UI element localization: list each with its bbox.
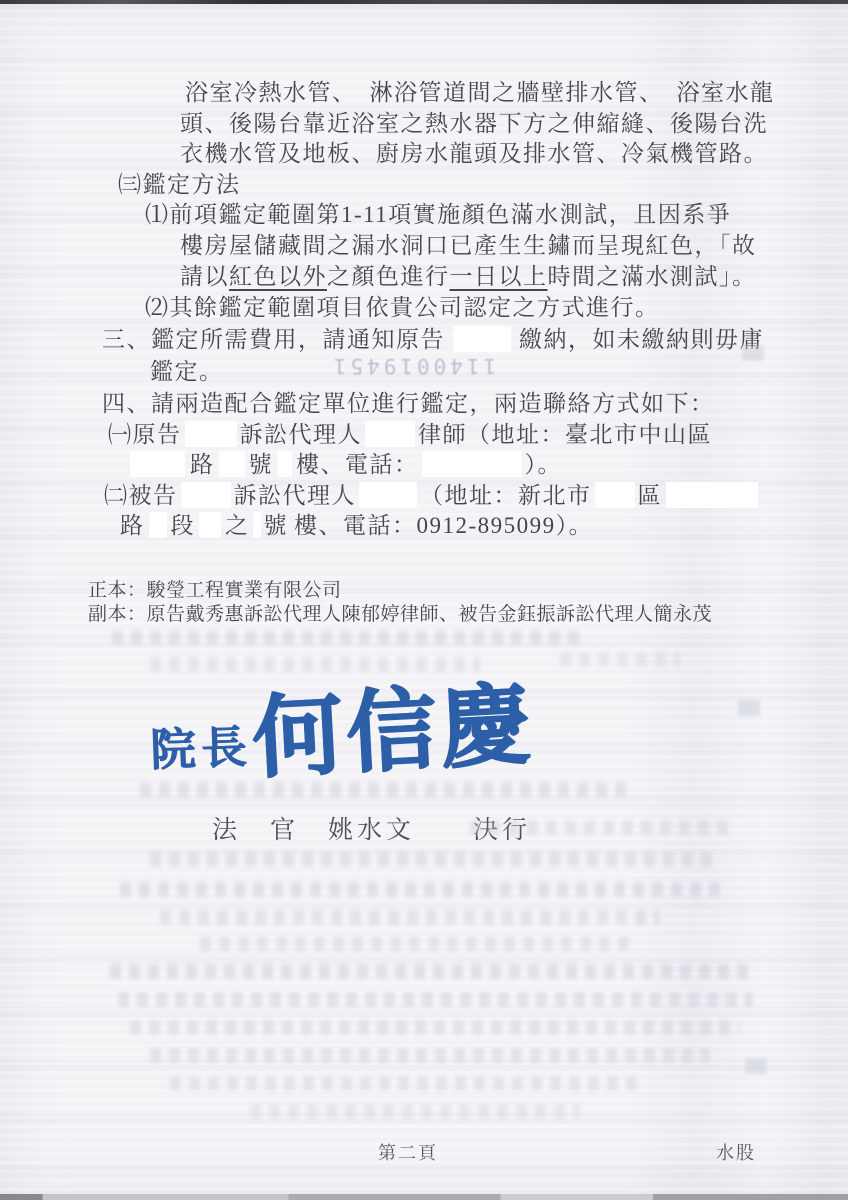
redaction-box — [277, 451, 292, 477]
top-scan-edge — [0, 0, 848, 4]
underlined-text: 一日以上 — [450, 264, 548, 289]
bleedthrough-row — [160, 910, 660, 925]
redaction-box — [185, 421, 237, 447]
distribution-original: 正本：駿瑩工程實業有限公司 — [88, 579, 342, 603]
bleedthrough-row — [118, 992, 753, 1007]
redaction-box — [219, 451, 245, 477]
signature-name: 何信慶 — [249, 671, 536, 796]
redaction-box — [149, 512, 167, 538]
body-line: 樓房屋儲藏間之漏水洞口已產生生鏽而呈現紅色，「故 — [180, 231, 757, 261]
bleedthrough-mark — [745, 1058, 767, 1074]
signature-title: 院長 — [149, 710, 253, 779]
bleedthrough-row — [120, 882, 720, 897]
body-line-section-3: ㈢鑑定方法 — [118, 170, 241, 200]
body-line-plaintiff: ㈠原告訴訟代理人律師（地址：臺北市中山區 — [108, 420, 712, 450]
redaction-box — [130, 451, 185, 477]
bleedthrough-row — [250, 1104, 580, 1119]
redaction-box — [181, 482, 231, 508]
distribution-copy: 副本：原告戴秀惠訴訟代理人陳郁婷律師、被告金鈺振訴訟代理人簡永茂 — [88, 603, 712, 627]
footer-page-number: 第二頁 — [378, 1139, 438, 1165]
bleedthrough-row — [200, 936, 630, 951]
body-line-defendant-address: 路段之號樓、電話：0912-895099）。 — [120, 511, 593, 541]
bleedthrough-row — [130, 1020, 740, 1035]
footer-division: 水股 — [716, 1139, 756, 1165]
body-line: 頭、後陽台靠近浴室之熱水器下方之伸縮縫、後陽台洗 — [180, 109, 768, 139]
body-line-item-2: ⑵其餘鑑定範圍項目依貴公司認定之方式進行。 — [145, 293, 660, 323]
body-line-underlined: 請以紅色以外之顏色進行一日以上時間之滿水測試」。 — [180, 262, 757, 292]
bleedthrough-row — [110, 964, 750, 979]
redaction-box — [453, 326, 511, 352]
bleedthrough-row — [170, 1076, 640, 1091]
body-line-section-three: 三、鑑定所需費用，請通知原告繳納，如未繳納則毋庸 — [102, 325, 764, 355]
underlined-text: 紅色以外 — [229, 264, 327, 289]
redaction-box — [365, 421, 415, 447]
bleedthrough-row — [112, 630, 582, 645]
countersign-line: 法 官 姚水文 決行 — [212, 810, 531, 846]
redaction-box — [359, 482, 417, 508]
body-line: 鑑定。 — [150, 357, 224, 387]
body-line: 衣機水管及地板、廚房水龍頭及排水管、冷氣機管路。 — [180, 139, 768, 169]
scanned-document-page: 1140019451 浴室冷熱水管、 淋浴管道間之牆壁排水管、 浴室水龍 頭、後… — [0, 0, 848, 1200]
body-line-section-four: 四、請兩造配合鑑定單位進行鑑定，兩造聯絡方式如下： — [102, 389, 715, 419]
redaction-box — [595, 482, 635, 508]
body-line: 浴室冷熱水管、 淋浴管道間之牆壁排水管、 浴室水龍 — [185, 78, 775, 108]
body-line-plaintiff-address: 路號樓、電話：）。 — [130, 450, 562, 480]
bleedthrough-row — [560, 652, 680, 667]
bleedthrough-row — [150, 1048, 710, 1063]
redaction-box — [666, 482, 758, 508]
bleedthrough-mark — [738, 700, 760, 716]
redaction-box — [199, 512, 221, 538]
redaction-box — [422, 451, 522, 477]
redaction-box — [253, 512, 261, 538]
body-line-item-1: ⑴前項鑑定範圍第1-11項實施顏色滿水測試，且因系爭 — [145, 200, 731, 230]
bleedthrough-row — [150, 852, 720, 867]
bleedthrough-row — [150, 657, 480, 672]
bottom-scan-edge — [0, 1194, 848, 1200]
body-line-defendant: ㈡被告訴訟代理人（地址：新北市區 — [104, 481, 758, 511]
bleedthrough-case-number: 1140019451 — [322, 354, 504, 378]
